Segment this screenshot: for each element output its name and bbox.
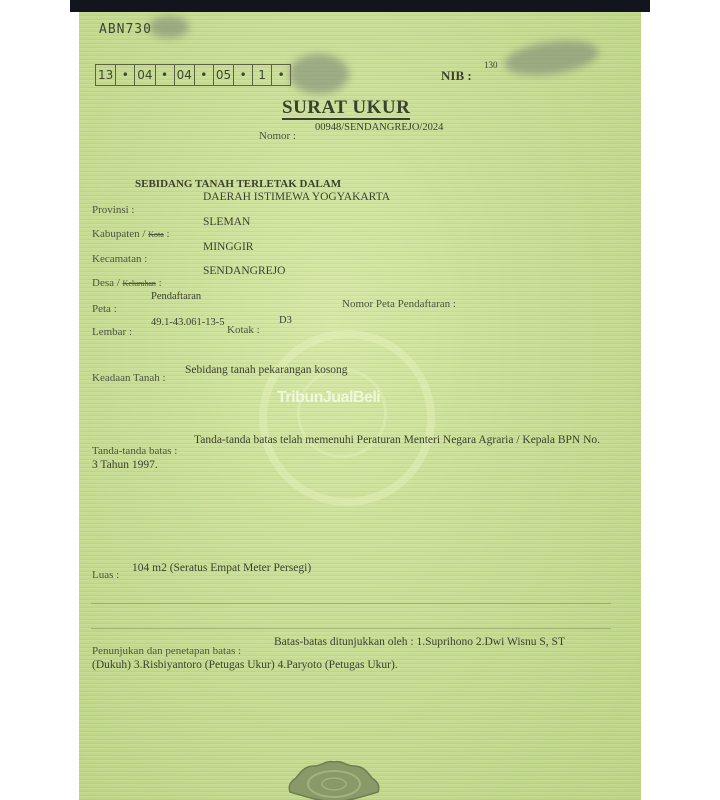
reference-code: ABN730 bbox=[99, 22, 152, 37]
lembar-value: 49.1-43.061-13-5 bbox=[151, 317, 225, 328]
kotak-label: Kotak : bbox=[227, 324, 260, 336]
luas-label: Luas : bbox=[92, 569, 119, 581]
tribunjualbeli-watermark: TribunJualBeli bbox=[277, 389, 380, 407]
kabupaten-label-colon: : bbox=[164, 228, 170, 240]
parcel-id-box: • bbox=[116, 65, 135, 85]
lembar-label: Lembar : bbox=[92, 326, 132, 338]
kelurahan-struck-text: Kelurahan bbox=[123, 279, 156, 288]
document-title: SURAT UKUR bbox=[282, 98, 410, 120]
ruled-line bbox=[91, 628, 611, 629]
kabupaten-value: SLEMAN bbox=[203, 216, 250, 228]
redaction-smudge bbox=[149, 16, 189, 38]
keadaan-tanah-label: Keadaan Tanah : bbox=[92, 372, 166, 384]
parcel-id-box: 13 bbox=[96, 65, 116, 85]
kota-struck-text: Kota bbox=[148, 230, 164, 239]
penunjukan-value-line1: Batas-batas ditunjukkan oleh : 1.Supriho… bbox=[274, 636, 565, 648]
redaction-smudge bbox=[289, 54, 349, 94]
ruled-line bbox=[91, 603, 611, 604]
desa-label: Desa / Kelurahan : bbox=[92, 277, 162, 289]
keadaan-tanah-value: Sebidang tanah pekarangan kosong bbox=[185, 364, 348, 376]
kecamatan-label: Kecamatan : bbox=[92, 253, 147, 265]
bpn-seal-watermark bbox=[259, 330, 435, 506]
provinsi-label: Provinsi : bbox=[92, 204, 134, 216]
penunjukan-value-line2: (Dukuh) 3.Risbiyantoro (Petugas Ukur) 4.… bbox=[92, 659, 398, 671]
peta-label: Peta : bbox=[92, 303, 117, 315]
kabupaten-label: Kabupaten / Kota : bbox=[92, 228, 170, 240]
nomor-label: Nomor : bbox=[259, 130, 296, 142]
parcel-id-box: 04 bbox=[135, 65, 155, 85]
parcel-id-box: • bbox=[195, 65, 214, 85]
nomor-peta-label: Nomor Peta Pendaftaran : bbox=[342, 298, 456, 310]
provinsi-value: DAERAH ISTIMEWA YOGYAKARTA bbox=[203, 191, 390, 203]
parcel-id-box: 05 bbox=[214, 65, 234, 85]
tanda-batas-label: Tanda-tanda batas : bbox=[92, 445, 177, 457]
parcel-id-box: 1 bbox=[253, 65, 272, 85]
parcel-id-box: 04 bbox=[175, 65, 195, 85]
tanda-batas-value-line2: 3 Tahun 1997. bbox=[92, 459, 158, 471]
parcel-id-box: • bbox=[156, 65, 175, 85]
redaction-smudge bbox=[502, 36, 601, 81]
nib-label: NIB : bbox=[441, 68, 472, 84]
peta-value: Pendaftaran bbox=[151, 291, 201, 302]
desa-label-colon: : bbox=[156, 277, 162, 289]
kecamatan-value: MINGGIR bbox=[203, 241, 253, 253]
surat-ukur-document: ABN730 13•04•04•05•1• NIB : 130 SURAT UK… bbox=[79, 12, 641, 800]
parcel-id-box: • bbox=[272, 65, 290, 85]
parcel-id-box: • bbox=[234, 65, 253, 85]
nib-value: 130 bbox=[484, 60, 498, 70]
parcel-id-boxes: 13•04•04•05•1• bbox=[95, 64, 291, 86]
rosette-seal bbox=[284, 756, 384, 800]
penunjukan-label: Penunjukan dan penetapan batas : bbox=[92, 645, 241, 657]
tanda-batas-value-line1: Tanda-tanda batas telah memenuhi Peratur… bbox=[194, 434, 600, 446]
desa-label-text: Desa / bbox=[92, 277, 123, 289]
location-heading: SEBIDANG TANAH TERLETAK DALAM bbox=[135, 178, 341, 190]
desa-value: SENDANGREJO bbox=[203, 265, 285, 277]
kotak-value: D3 bbox=[279, 315, 292, 326]
nomor-value: 00948/SENDANGREJO/2024 bbox=[315, 122, 443, 133]
luas-value: 104 m2 (Seratus Empat Meter Persegi) bbox=[132, 562, 311, 574]
top-dark-bar bbox=[70, 0, 650, 12]
kabupaten-label-text: Kabupaten / bbox=[92, 228, 148, 240]
